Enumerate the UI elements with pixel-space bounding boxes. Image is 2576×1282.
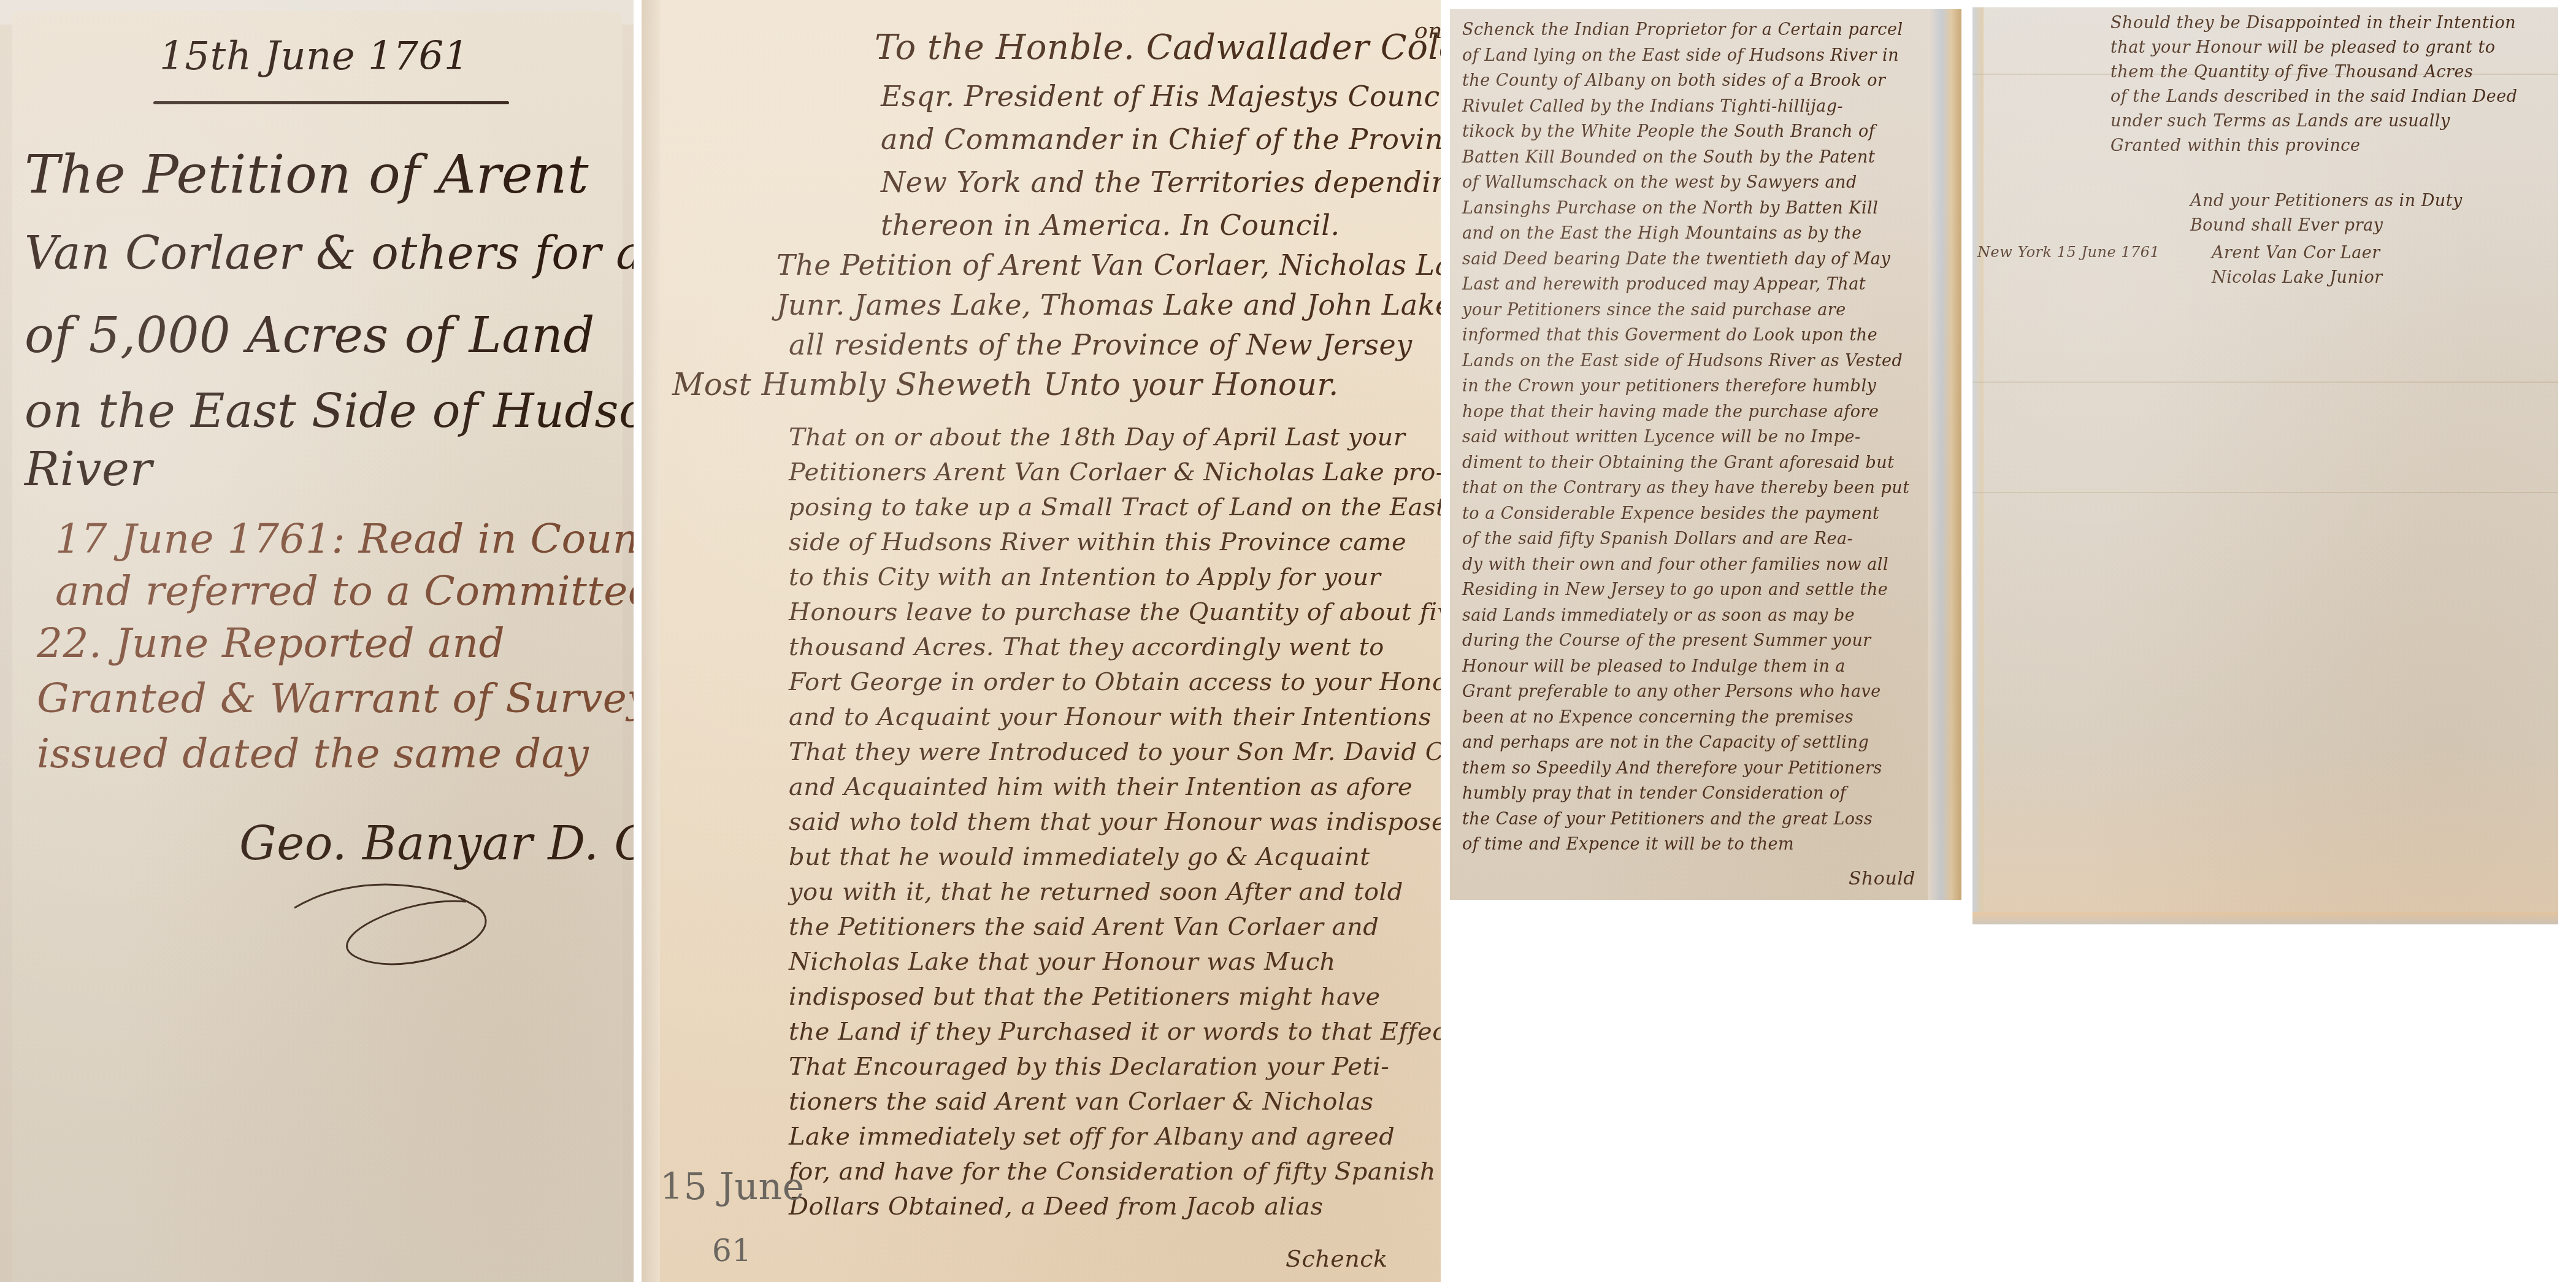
docket-title-line-5: River bbox=[25, 442, 634, 496]
petitioners-line-3: all residents of the Province of New Jer… bbox=[789, 328, 1441, 361]
body-line: Rivulet Called by the Indians Tighti-hil… bbox=[1462, 97, 1928, 123]
body-line: said without written Lycence will be no … bbox=[1462, 428, 1928, 453]
body-line: your Petitioners since the said purchase… bbox=[1462, 301, 1928, 326]
fold-crease bbox=[1972, 382, 2558, 383]
body-line: to this City with an Intention to Apply … bbox=[789, 563, 1427, 598]
closing-line-2: Bound shall Ever pray bbox=[2190, 216, 2558, 235]
body-line: Residing in New Jersey to go upon and se… bbox=[1462, 580, 1928, 606]
docket-title-line-1: The Petition of Arent bbox=[25, 144, 634, 205]
body-line: said Lands immediately or as soon as may… bbox=[1462, 606, 1928, 632]
body-line: of Wallumschack on the west by Sawyers a… bbox=[1462, 173, 1928, 199]
body-line: in the Crown your petitioners therefore … bbox=[1462, 377, 1928, 402]
body-line: humbly pray that in tender Consideration… bbox=[1462, 784, 1928, 810]
body-line: said who told them that your Honour was … bbox=[789, 808, 1427, 843]
body-line: you with it, that he returned soon After… bbox=[789, 878, 1427, 913]
body-line: side of Hudsons River within this Provin… bbox=[789, 528, 1427, 563]
closing-line-1: And your Petitioners as in Duty bbox=[2190, 191, 2558, 210]
body-line: that on the Contrary as they have thereb… bbox=[1462, 478, 1928, 504]
body-line: tikock by the White People the South Bra… bbox=[1462, 122, 1928, 148]
body-line: of the Lands described in the said India… bbox=[2110, 87, 2552, 112]
signature-flourish-icon bbox=[282, 859, 527, 994]
body-line: Lake immediately set off for Albany and … bbox=[789, 1123, 1427, 1157]
body-line: Granted within this province bbox=[2110, 136, 2552, 161]
body-line: the Land if they Purchased it or words t… bbox=[789, 1018, 1427, 1053]
address-line-2: Esqr. President of His Majestys Council bbox=[881, 80, 1441, 113]
body-line: to a Considerable Expence besides the pa… bbox=[1462, 504, 1928, 530]
heading-underline bbox=[153, 101, 509, 104]
body-line: That Encouraged by this Declaration your… bbox=[789, 1053, 1427, 1088]
docket-title-line-2: Van Corlaer & others for a Grant bbox=[25, 227, 634, 280]
body-line: of Land lying on the East side of Hudson… bbox=[1462, 46, 1928, 72]
pencil-note-year: 61 bbox=[712, 1233, 1441, 1269]
body-line: Schenck the Indian Proprietor for a Cert… bbox=[1462, 20, 1928, 46]
margin-note-top-right: on bbox=[1414, 18, 1441, 44]
page-fold-shadow bbox=[642, 0, 660, 1282]
endorsement-line-2: and referred to a Committee bbox=[55, 567, 634, 615]
body-line: indisposed but that the Petitioners migh… bbox=[789, 983, 1427, 1018]
body-line: been at no Expence concerning the premis… bbox=[1462, 708, 1928, 734]
body-line: them so Speedily And therefore your Peti… bbox=[1462, 759, 1928, 785]
docket-title-line-3: of 5,000 Acres of Land bbox=[25, 307, 634, 364]
body-line: Honours leave to purchase the Quantity o… bbox=[789, 598, 1427, 633]
endorsement-line-1: 17 June 1761: Read in Council bbox=[55, 515, 634, 562]
docket-date-heading: 15th June 1761 bbox=[159, 34, 634, 79]
body-line: posing to take up a Small Tract of Land … bbox=[789, 493, 1427, 528]
body-line: of the said fifty Spanish Dollars and ar… bbox=[1462, 529, 1928, 555]
body-line: Honour will be pleased to Indulge them i… bbox=[1462, 657, 1928, 683]
page-edge-left bbox=[1972, 7, 1984, 924]
body-line: That they were Introduced to your Son Mr… bbox=[789, 738, 1427, 773]
body-line: Grant preferable to any other Persons wh… bbox=[1462, 682, 1928, 708]
catchword: Should bbox=[1849, 868, 1961, 889]
address-line-1: To the Honble. Cadwallader Colden bbox=[875, 28, 1441, 67]
body-line: during the Course of the present Summer … bbox=[1462, 631, 1928, 657]
shewith-line: Most Humbly Sheweth Unto your Honour. bbox=[672, 367, 1441, 402]
endorsement-line-4: Granted & Warrant of Survey bbox=[37, 675, 634, 722]
document-page-4-conclusion: Should they be Disappointed in their Int… bbox=[1972, 7, 2558, 924]
address-line-3: and Commander in Chief of the Province o… bbox=[881, 123, 1441, 156]
body-line: said Deed bearing Date the twentieth day… bbox=[1462, 250, 1928, 275]
petition-body: That on or about the 18th Day of April L… bbox=[789, 423, 1427, 1227]
body-line: dy with their own and four other familie… bbox=[1462, 555, 1928, 581]
body-line: Petitioners Arent Van Corlaer & Nicholas… bbox=[789, 458, 1427, 493]
body-line: and on the East the High Mountains as by… bbox=[1462, 224, 1928, 250]
petitioners-line-2: Junr. James Lake, Thomas Lake and John L… bbox=[776, 288, 1441, 321]
body-line: tioners the said Arent van Corlaer & Nic… bbox=[789, 1088, 1427, 1123]
body-line: informed that this Goverment do Look upo… bbox=[1462, 326, 1928, 351]
document-page-2-petition: To the Honble. Cadwallader Colden Esqr. … bbox=[642, 0, 1441, 1282]
petitioners-line-1: The Petition of Arent Van Corlaer, Nicho… bbox=[776, 248, 1441, 282]
body-line: Should they be Disappointed in their Int… bbox=[2110, 13, 2552, 38]
body-line: and to Acquaint your Honour with their I… bbox=[789, 703, 1427, 738]
body-line: under such Terms as Lands are usually bbox=[2110, 112, 2552, 136]
body-line: Lansinghs Purchase on the North by Batte… bbox=[1462, 199, 1928, 225]
body-line: Lands on the East side of Hudsons River … bbox=[1462, 351, 1928, 377]
address-line-4: New York and the Territories depending bbox=[881, 166, 1441, 199]
body-line: hope that their having made the purchase… bbox=[1462, 402, 1928, 428]
endorsement-line-3: 22. June Reported and bbox=[37, 620, 634, 667]
body-line: Fort George in order to Obtain access to… bbox=[789, 668, 1427, 703]
body-line: Batten Kill Bounded on the South by the … bbox=[1462, 148, 1928, 174]
fold-crease bbox=[1972, 492, 2558, 493]
document-page-3-continuation: Schenck the Indian Proprietor for a Cert… bbox=[1450, 9, 1961, 900]
signature-arent-van-corlaer: Arent Van Cor Laer bbox=[2212, 244, 2558, 263]
body-line: the Case of your Petitioners and the gre… bbox=[1462, 810, 1928, 835]
signature-nicolas-lake: Nicolas Lake Junior bbox=[2212, 268, 2558, 287]
document-page-1-docket: 15th June 1761 The Petition of Arent Van… bbox=[0, 0, 634, 1282]
body-line: and Acquainted him with their Intention … bbox=[789, 773, 1427, 808]
body-line: diment to their Obtaining the Grant afor… bbox=[1462, 453, 1928, 479]
continuation-body: Schenck the Indian Proprietor for a Cert… bbox=[1462, 20, 1928, 861]
body-line: them the Quantity of five Thousand Acres bbox=[2110, 63, 2552, 87]
body-line: Nicholas Lake that your Honour was Much bbox=[789, 948, 1427, 983]
page-edge-binding bbox=[1928, 9, 1961, 900]
body-line: the Petitioners the said Arent Van Corla… bbox=[789, 913, 1427, 948]
docket-title-line-4: on the East Side of Hudson bbox=[25, 383, 634, 438]
body-line: and perhaps are not in the Capacity of s… bbox=[1462, 733, 1928, 759]
conclusion-body: Should they be Disappointed in their Int… bbox=[2110, 13, 2552, 161]
page-edge-bottom bbox=[1972, 912, 2558, 924]
body-line: of time and Expence it will be to them bbox=[1462, 835, 1928, 861]
body-line: the County of Albany on both sides of a … bbox=[1462, 71, 1928, 97]
body-line: That on or about the 18th Day of April L… bbox=[789, 423, 1427, 458]
body-line: thousand Acres. That they accordingly we… bbox=[789, 633, 1427, 668]
pencil-note-date: 15 June bbox=[660, 1165, 1441, 1208]
body-line: but that he would immediately go & Acqua… bbox=[789, 843, 1427, 878]
address-line-5: thereon in America. In Council. bbox=[881, 209, 1441, 242]
body-line: Last and herewith produced may Appear, T… bbox=[1462, 275, 1928, 301]
body-line: that your Honour will be pleased to gran… bbox=[2110, 38, 2552, 63]
endorsement-line-5: issued dated the same day bbox=[37, 730, 634, 777]
